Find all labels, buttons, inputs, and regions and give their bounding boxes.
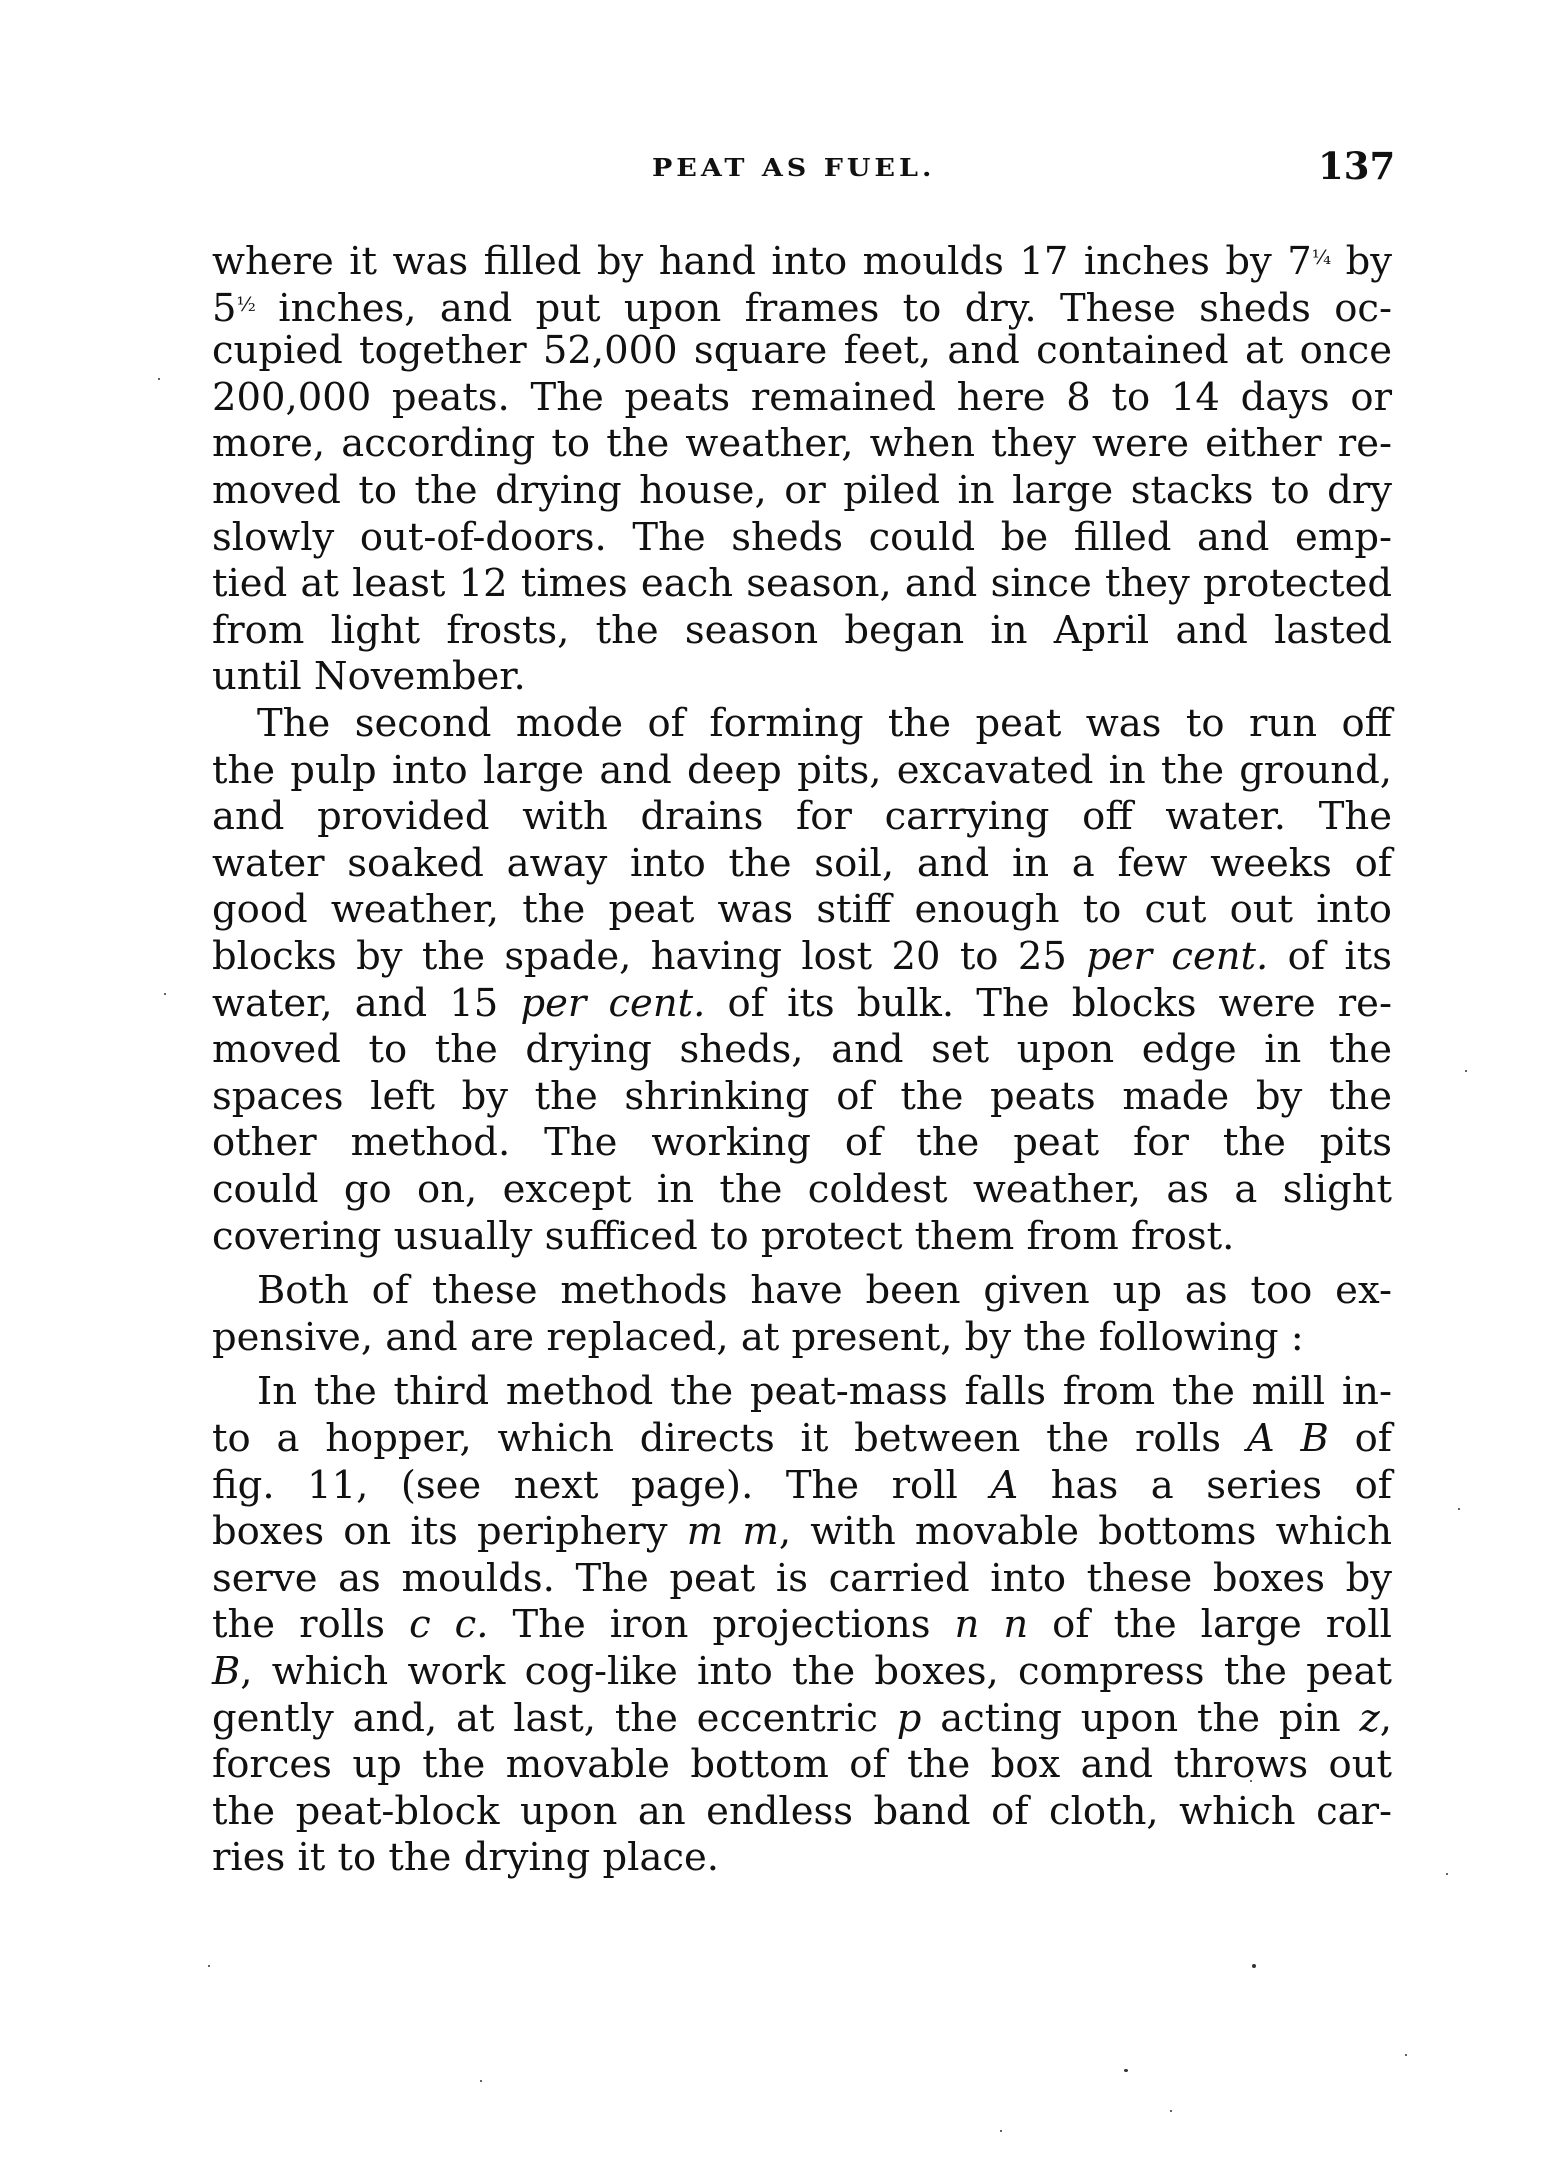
- scan-speck: [164, 993, 166, 995]
- scan-speck: [1252, 1964, 1256, 1968]
- running-head-title: PEAT AS FUEL.: [652, 153, 935, 184]
- text-line: to a hopper, which directs it between th…: [212, 1415, 1392, 1462]
- text-run: moved to the drying sheds, and set upon …: [212, 1027, 1392, 1072]
- text-line: Both of these methods have been given up…: [257, 1267, 1392, 1314]
- text-run: , with movable bottoms which: [779, 1509, 1392, 1554]
- text-line: the rolls c c. The iron projections n n …: [212, 1601, 1392, 1648]
- text-run: 200,000 peats. The peats remained here 8…: [212, 375, 1392, 420]
- text-line: spaces left by the shrinking of the peat…: [212, 1073, 1392, 1120]
- text-line: water, and 15 per cent. of its bulk. The…: [212, 980, 1392, 1027]
- scan-speck: [1170, 2110, 1172, 2112]
- text-line: from light frosts, the season began in A…: [212, 607, 1392, 654]
- text-line: In the third method the peat-mass falls …: [257, 1368, 1392, 1415]
- text-run: , which work cog-like into the boxes, co…: [240, 1649, 1392, 1694]
- text-line: fig. 11, (see next page). The roll A has…: [212, 1462, 1392, 1509]
- text-run: water soaked away into the soil, and in …: [212, 841, 1392, 886]
- text-line: B, which work cog-like into the boxes, c…: [212, 1648, 1392, 1695]
- italic-text: n n: [955, 1602, 1029, 1647]
- text-run: spaces left by the shrinking of the peat…: [212, 1074, 1392, 1119]
- scan-speck: [480, 2080, 482, 2082]
- italic-text: A: [990, 1463, 1018, 1508]
- text-line: blocks by the spade, having lost 20 to 2…: [212, 933, 1392, 980]
- text-run: the rolls: [212, 1602, 409, 1647]
- text-run: acting upon the pin: [921, 1696, 1359, 1741]
- text-run: 5: [212, 286, 237, 331]
- text-line: and provided with drains for carrying of…: [212, 793, 1392, 840]
- italic-text: per cent.: [520, 981, 705, 1026]
- scan-speck: [1250, 1780, 1252, 1782]
- text-run: inches, and put upon frames to dry. Thes…: [255, 286, 1392, 331]
- text-run: serve as moulds. The peat is carried int…: [212, 1556, 1392, 1601]
- scan-speck: [1446, 1873, 1448, 1875]
- text-run: The second mode of forming the peat was …: [257, 701, 1392, 746]
- text-line: ries it to the drying place.: [212, 1834, 1392, 1881]
- text-run: blocks by the spade, having lost 20 to 2…: [212, 934, 1086, 979]
- text-run: of its: [1268, 934, 1392, 979]
- fraction: ½: [237, 292, 255, 316]
- italic-text: m m: [687, 1509, 779, 1554]
- text-run: from light frosts, the season began in A…: [212, 608, 1392, 653]
- italic-text: per cent.: [1086, 934, 1268, 979]
- text-run: ries it to the drying place.: [212, 1835, 719, 1880]
- text-run: of its bulk. The blocks were re-: [705, 981, 1392, 1026]
- text-run: water, and 15: [212, 981, 520, 1026]
- text-line: 5½ inches, and put upon frames to dry. T…: [212, 281, 1392, 328]
- text-line: cupied together 52,000 square feet, and …: [212, 327, 1392, 374]
- text-line: slowly out-of-doors. The sheds could be …: [212, 514, 1392, 561]
- scan-speck: [1465, 1070, 1467, 1072]
- text-line: tied at least 12 times each season, and …: [212, 560, 1392, 607]
- text-line: pensive, and are replaced, at present, b…: [212, 1314, 1392, 1361]
- text-run: and provided with drains for carrying of…: [212, 794, 1392, 839]
- text-line: boxes on its periphery m m, with movable…: [212, 1508, 1392, 1555]
- text-run: boxes on its periphery: [212, 1509, 687, 1554]
- italic-text: B: [212, 1649, 240, 1694]
- text-run: cupied together 52,000 square feet, and …: [212, 328, 1392, 373]
- text-line: more, according to the weather, when the…: [212, 420, 1392, 467]
- text-line: until November.: [212, 653, 1392, 700]
- text-run: forces up the movable bottom of the box …: [212, 1742, 1392, 1787]
- text-run: Both of these methods have been given up…: [257, 1268, 1392, 1313]
- text-run: other method. The working of the peat fo…: [212, 1120, 1392, 1165]
- text-line: other method. The working of the peat fo…: [212, 1119, 1392, 1166]
- scan-speck: [208, 1965, 210, 1967]
- text-run: where it was filled by hand into moulds …: [212, 239, 1312, 284]
- fraction: ¼: [1312, 245, 1330, 269]
- italic-text: p: [897, 1696, 922, 1741]
- text-run: by: [1330, 239, 1392, 284]
- text-run: good weather, the peat was stiff enough …: [212, 887, 1392, 932]
- text-run: until November.: [212, 654, 526, 699]
- text-line: covering usually sufficed to protect the…: [212, 1213, 1392, 1260]
- text-line: good weather, the peat was stiff enough …: [212, 886, 1392, 933]
- page-number: 137: [1318, 146, 1392, 186]
- text-run: pensive, and are replaced, at present, b…: [212, 1315, 1304, 1360]
- text-run: gently and, at last, the eccentric: [212, 1696, 897, 1741]
- text-run: The iron projections: [488, 1602, 954, 1647]
- book-page: PEAT AS FUEL. 137 where it was filled by…: [0, 0, 1542, 2178]
- text-run: covering usually sufficed to protect the…: [212, 1214, 1234, 1259]
- text-run: moved to the drying house, or piled in l…: [212, 468, 1392, 513]
- text-run: the peat-block upon an endless band of c…: [212, 1789, 1392, 1834]
- text-run: In the third method the peat-mass falls …: [257, 1369, 1392, 1414]
- text-run: has a series of: [1018, 1463, 1392, 1508]
- text-run: of: [1329, 1416, 1392, 1461]
- text-line: forces up the movable bottom of the box …: [212, 1741, 1392, 1788]
- italic-text: z: [1359, 1696, 1379, 1741]
- text-run: slowly out-of-doors. The sheds could be …: [212, 515, 1392, 560]
- text-line: 200,000 peats. The peats remained here 8…: [212, 374, 1392, 421]
- text-line: moved to the drying house, or piled in l…: [212, 467, 1392, 514]
- text-run: the pulp into large and deep pits, excav…: [212, 748, 1392, 793]
- text-run: ,: [1380, 1696, 1392, 1741]
- scan-speck: [1000, 2130, 1002, 2132]
- text-line: where it was filled by hand into moulds …: [212, 234, 1392, 281]
- scan-speck: [1458, 1508, 1460, 1510]
- scan-speck: [158, 378, 160, 380]
- text-line: moved to the drying sheds, and set upon …: [212, 1026, 1392, 1073]
- text-line: the pulp into large and deep pits, excav…: [212, 747, 1392, 794]
- text-line: serve as moulds. The peat is carried int…: [212, 1555, 1392, 1602]
- italic-text: A B: [1247, 1416, 1329, 1461]
- text-run: to a hopper, which directs it between th…: [212, 1416, 1247, 1461]
- text-run: fig. 11, (see next page). The roll: [212, 1463, 990, 1508]
- text-line: The second mode of forming the peat was …: [257, 700, 1392, 747]
- text-run: could go on, except in the coldest weath…: [212, 1167, 1392, 1212]
- text-run: of the large roll: [1028, 1602, 1392, 1647]
- text-line: could go on, except in the coldest weath…: [212, 1166, 1392, 1213]
- text-line: water soaked away into the soil, and in …: [212, 840, 1392, 887]
- italic-text: c c.: [409, 1602, 488, 1647]
- text-run: more, according to the weather, when the…: [212, 421, 1392, 466]
- text-line: the peat-block upon an endless band of c…: [212, 1788, 1392, 1835]
- scan-speck: [1405, 2054, 1407, 2056]
- text-line: gently and, at last, the eccentric p act…: [212, 1695, 1392, 1742]
- scan-speck: [1124, 2069, 1128, 2072]
- text-run: tied at least 12 times each season, and …: [212, 561, 1392, 606]
